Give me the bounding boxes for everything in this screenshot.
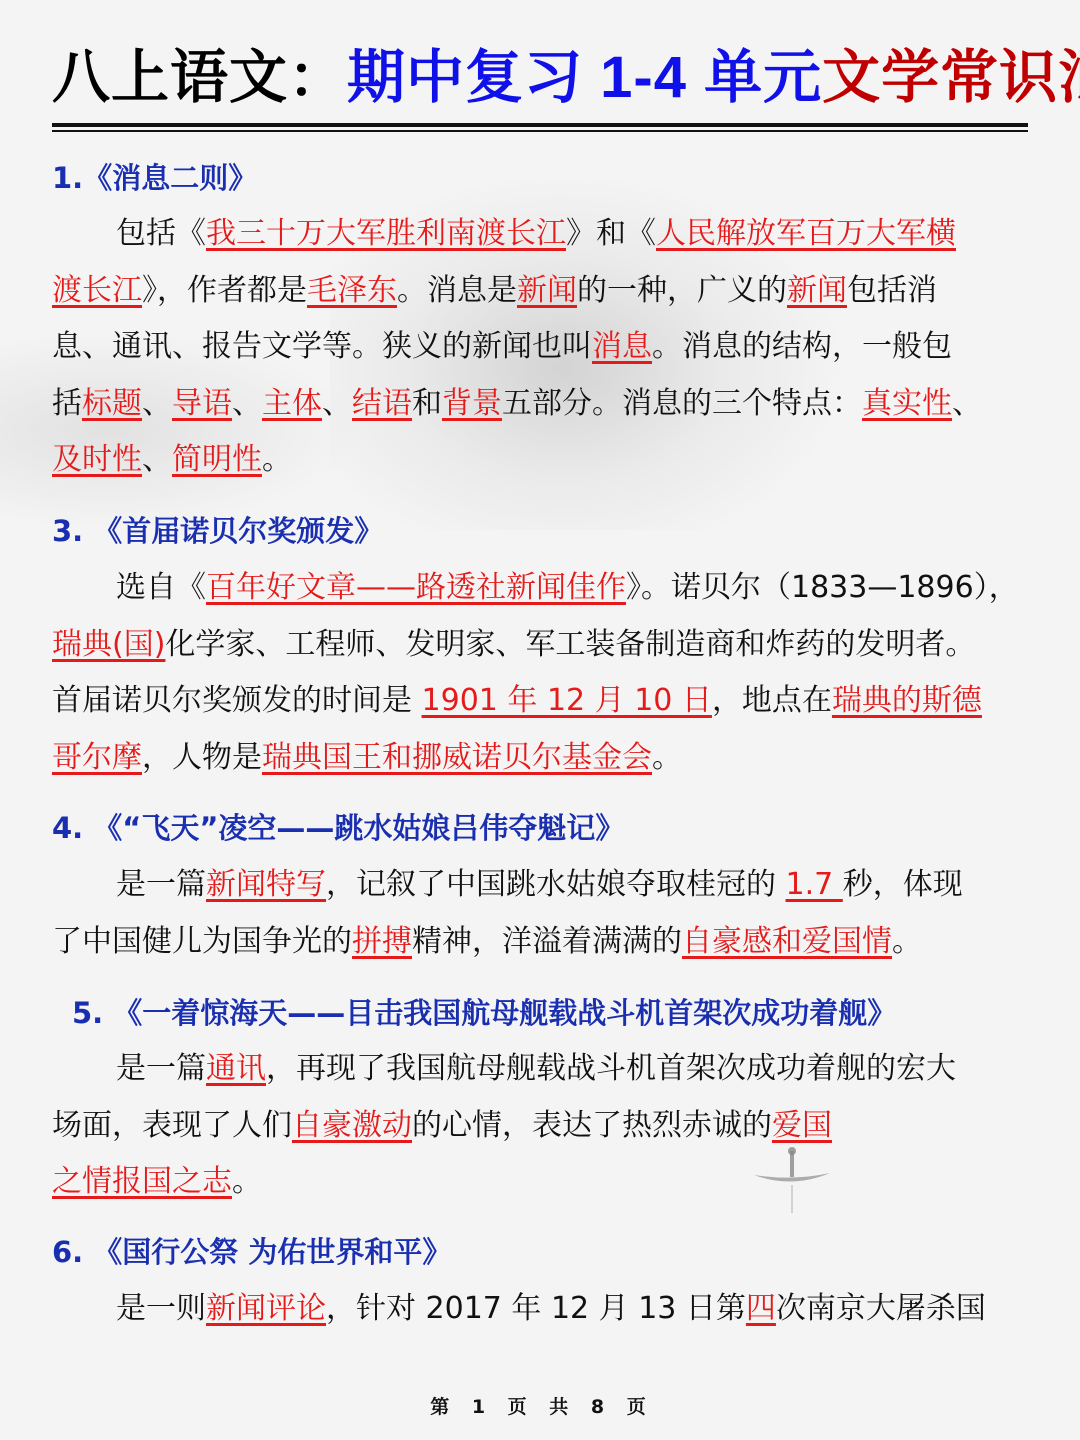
section-body-1: 包括《我三十万大军胜利南渡长江》和《人民解放军百万大军横渡长江》，作者都是毛泽东… [52, 206, 1032, 489]
text-line: 包括《我三十万大军胜利南渡长江》和《人民解放军百万大军横 [52, 206, 1032, 263]
body-text: 秒，体现 [843, 867, 963, 902]
key-term: 结语 [352, 386, 412, 421]
key-term: 1901 年 12 月 10 日 [422, 683, 712, 718]
title-double-rule [52, 123, 1028, 133]
key-term: 真实性 [862, 386, 952, 421]
text-line: 之情报国之志。 [52, 1154, 1032, 1211]
body-text: 化学家、工程师、发明家、军工装备制造商和炸药的发明者。 [165, 627, 975, 662]
body-text: 、 [142, 442, 172, 477]
text-line: 选自《百年好文章——路透社新闻佳作》。诺贝尔（1833—1896）， [52, 560, 1032, 617]
text-line: 场面，表现了人们自豪激动的心情，表达了热烈赤诚的爱国 [52, 1098, 1032, 1155]
key-term: 1.7 [786, 867, 843, 902]
body-text: 。 [652, 740, 682, 775]
title-part-grade: 八上语文： [52, 45, 347, 110]
key-term: 四 [746, 1291, 776, 1326]
body-text: 、 [322, 386, 352, 421]
text-line: 是一篇新闻特写，记叙了中国跳水姑娘夺取桂冠的 1.7 秒，体现 [52, 857, 1032, 914]
key-term: 主体 [262, 386, 322, 421]
section-heading-1: 1.《消息二则》 [52, 158, 257, 198]
body-text: 括 [52, 386, 82, 421]
key-term: 毛泽东 [307, 273, 397, 308]
body-text: ，地点在 [712, 683, 832, 718]
key-term: 瑞典的斯德 [832, 683, 982, 718]
body-text: ，再现了我国航母舰载战斗机首架次成功着舰的宏大 [266, 1051, 956, 1086]
text-line: 是一则新闻评论，针对 2017 年 12 月 13 日第四次南京大屠杀国 [52, 1281, 1032, 1338]
body-text: 场面，表现了人们 [52, 1108, 292, 1143]
key-term: 我三十万大军胜利南渡长江 [206, 216, 566, 251]
body-text: 。消息的结构，一般包 [652, 329, 952, 364]
key-term: 瑞典(国) [52, 627, 165, 662]
body-text: 次南京大屠杀国 [776, 1291, 986, 1326]
body-text: 、 [232, 386, 262, 421]
text-line: 哥尔摩，人物是瑞典国王和挪威诺贝尔基金会。 [52, 730, 1032, 787]
key-term: 自豪感和爱国情 [682, 924, 892, 959]
body-text: 和 [412, 386, 442, 421]
key-term: 爱国 [772, 1108, 832, 1143]
text-line: 渡长江》，作者都是毛泽东。消息是新闻的一种，广义的新闻包括消 [52, 263, 1032, 320]
body-text: 包括消 [847, 273, 937, 308]
section-body-3: 选自《百年好文章——路透社新闻佳作》。诺贝尔（1833—1896），瑞典(国)化… [52, 560, 1032, 786]
body-text: 。消息是 [397, 273, 517, 308]
text-line: 瑞典(国)化学家、工程师、发明家、军工装备制造商和炸药的发明者。 [52, 617, 1032, 674]
key-term: 标题 [82, 386, 142, 421]
body-text: 的一种，广义的 [577, 273, 787, 308]
body-text: 。 [892, 924, 922, 959]
key-term: 拼搏 [352, 924, 412, 959]
key-term: 渡长江 [52, 273, 142, 308]
page-indicator: 第 1 页 共 8 页 [0, 1392, 1080, 1419]
body-text: 、 [142, 386, 172, 421]
key-term: 哥尔摩 [52, 740, 142, 775]
key-term: 新闻特写 [206, 867, 326, 902]
key-term: 简明性 [172, 442, 262, 477]
text-line: 及时性、简明性。 [52, 432, 1032, 489]
body-text: 。 [262, 442, 292, 477]
key-term: 导语 [172, 386, 232, 421]
section-heading-5: 5. 《一着惊海天——目击我国航母舰载战斗机首架次成功着舰》 [72, 993, 896, 1033]
body-text: ，人物是 [142, 740, 262, 775]
body-text: ，针对 2017 年 12 月 13 日第 [326, 1291, 746, 1326]
key-term: 百年好文章——路透社新闻佳作 [206, 570, 626, 605]
key-term: 自豪激动 [292, 1108, 412, 1143]
body-text: ，记叙了中国跳水姑娘夺取桂冠的 [326, 867, 786, 902]
section-body-4: 是一篇新闻特写，记叙了中国跳水姑娘夺取桂冠的 1.7 秒，体现了中国健儿为国争光… [52, 857, 1032, 970]
body-text: 是一篇 [116, 1051, 206, 1086]
title-part-scope: 期中复习 1-4 单元 [347, 45, 822, 110]
text-line: 首届诺贝尔奖颁发的时间是 1901 年 12 月 10 日，地点在瑞典的斯德 [52, 673, 1032, 730]
body-text: 是一篇 [116, 867, 206, 902]
key-term: 新闻 [517, 273, 577, 308]
key-term: 新闻评论 [206, 1291, 326, 1326]
key-term: 之情报国之志 [52, 1164, 232, 1199]
body-text: 选自《 [116, 570, 206, 605]
body-text: 的心情，表达了热烈赤诚的 [412, 1108, 772, 1143]
section-body-6: 是一则新闻评论，针对 2017 年 12 月 13 日第四次南京大屠杀国 [52, 1281, 1032, 1338]
body-text: 、 [952, 386, 982, 421]
body-text: 息、通讯、报告文学等。狭义的新闻也叫 [52, 329, 592, 364]
body-text: 精神，洋溢着满满的 [412, 924, 682, 959]
section-body-5: 是一篇通讯，再现了我国航母舰载战斗机首架次成功着舰的宏大场面，表现了人们自豪激动… [52, 1041, 1032, 1211]
section-heading-4: 4. 《“飞天”凌空——跳水姑娘吕伟夺魁记》 [52, 808, 624, 848]
section-heading-6: 6. 《国行公祭 为佑世界和平》 [52, 1232, 451, 1272]
key-term: 通讯 [206, 1051, 266, 1086]
body-text: 包括《 [116, 216, 206, 251]
key-term: 新闻 [787, 273, 847, 308]
text-line: 息、通讯、报告文学等。狭义的新闻也叫消息。消息的结构，一般包 [52, 319, 1032, 376]
body-text: 》。诺贝尔（1833—1896）， [626, 570, 1019, 605]
title-part-topic: 文学常识汇总 [822, 45, 1080, 110]
key-term: 背景 [442, 386, 502, 421]
body-text: 五部分。消息的三个特点： [502, 386, 862, 421]
body-text: 首届诺贝尔奖颁发的时间是 [52, 683, 422, 718]
key-term: 人民解放军百万大军横 [656, 216, 956, 251]
key-term: 及时性 [52, 442, 142, 477]
text-line: 了中国健儿为国争光的拼搏精神，洋溢着满满的自豪感和爱国情。 [52, 914, 1032, 971]
body-text: 了中国健儿为国争光的 [52, 924, 352, 959]
section-heading-3: 3. 《首届诺贝尔奖颁发》 [52, 511, 383, 551]
key-term: 消息 [592, 329, 652, 364]
body-text: 是一则 [116, 1291, 206, 1326]
body-text: 》和《 [566, 216, 656, 251]
key-term: 瑞典国王和挪威诺贝尔基金会 [262, 740, 652, 775]
page-title: 八上语文：期中复习 1-4 单元文学常识汇总 [52, 38, 1042, 118]
text-line: 是一篇通讯，再现了我国航母舰载战斗机首架次成功着舰的宏大 [52, 1041, 1032, 1098]
body-text: 》，作者都是 [142, 273, 307, 308]
text-line: 括标题、导语、主体、结语和背景五部分。消息的三个特点：真实性、 [52, 376, 1032, 433]
body-text: 。 [232, 1164, 262, 1199]
